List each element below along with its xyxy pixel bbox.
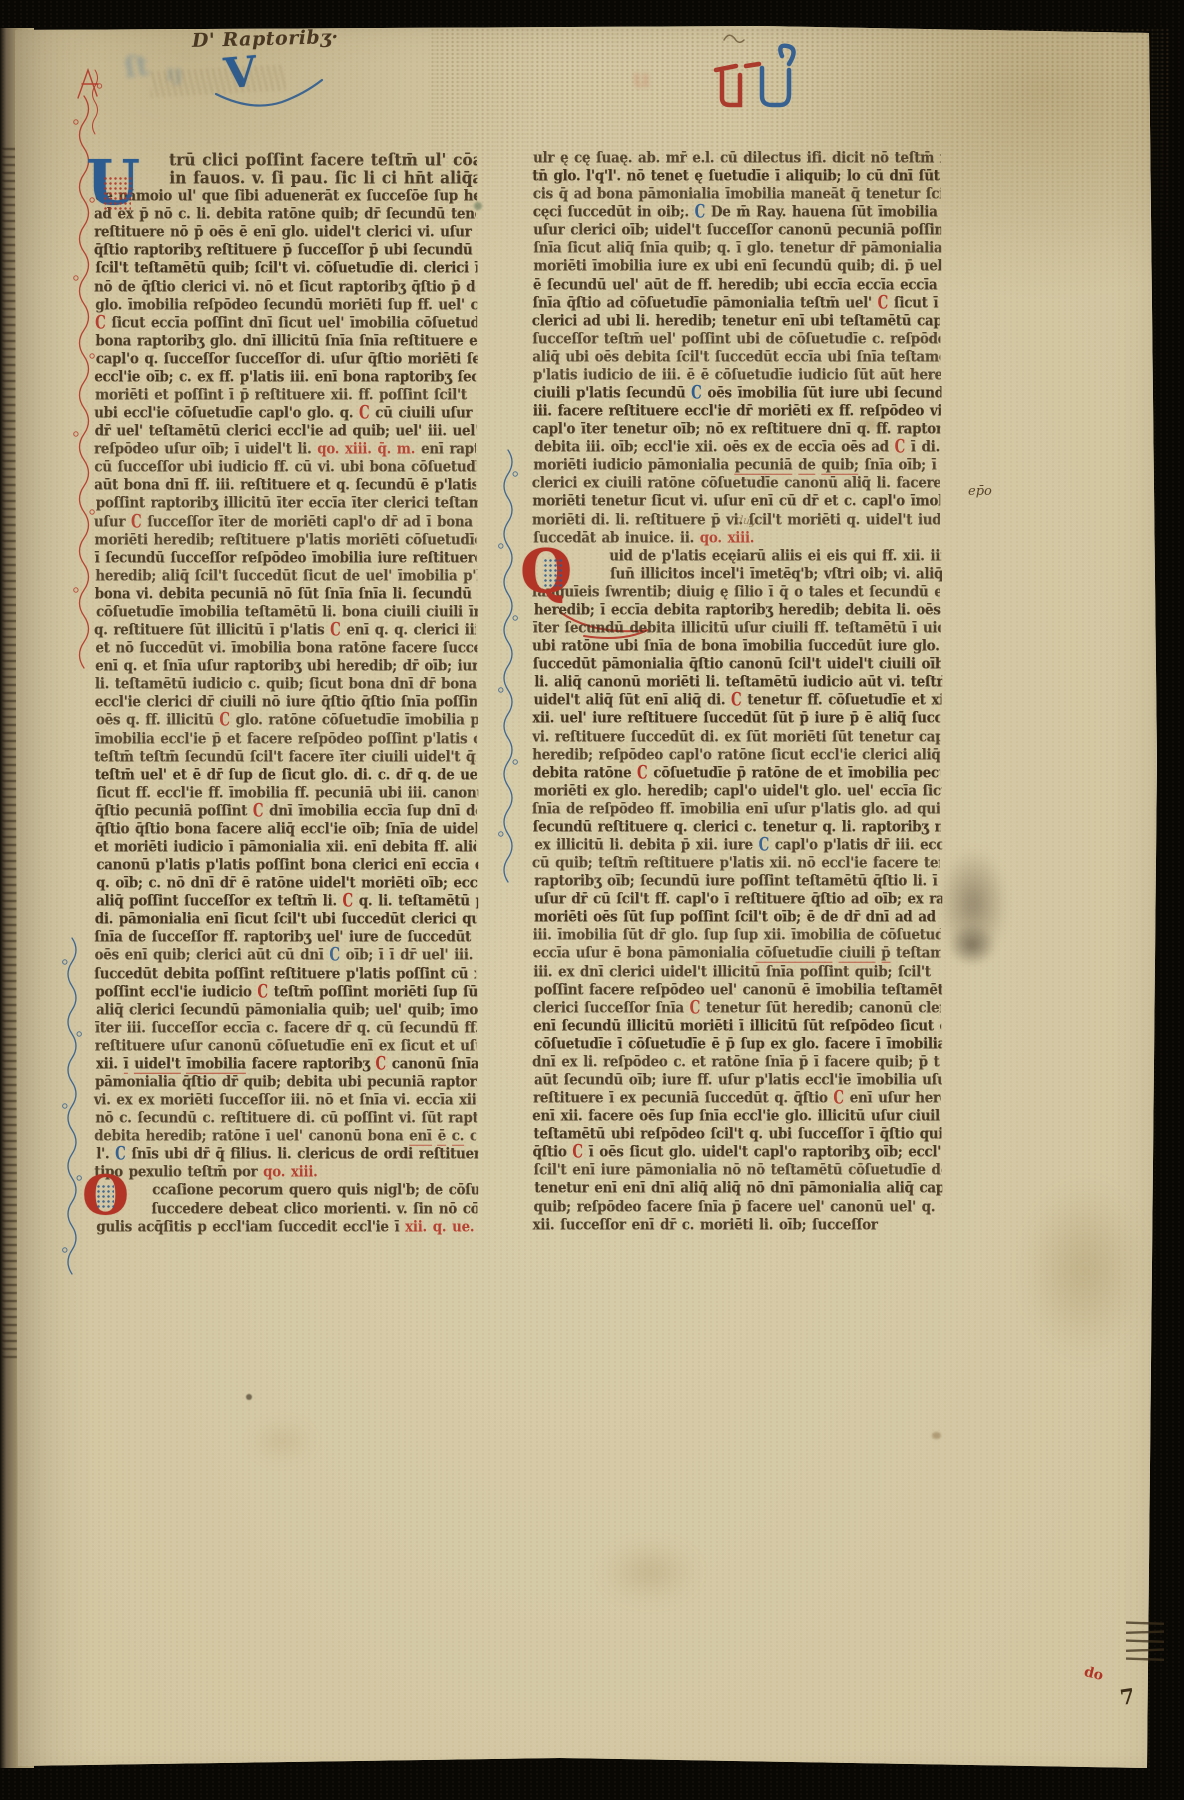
text-line: q. reſtituere ſūt illicitū ī p'latis C e… [94,620,476,640]
text-line: quib; reſpōdeo facere ſnīa p̄ facere uel… [534,1197,942,1217]
text-line: in fauos. v. ſi pau. ſic li ci hn̄t aliq… [95,168,477,188]
text-line: cōſuetudīe īmobilia teſtamētū li. bona c… [96,602,478,622]
text-line: capl'o q. ſucceſſor ſucceſſor di. uſur q… [96,349,478,369]
text-line: poſſint facere reſpōdeo uel' canonū ē īm… [534,980,942,1000]
text-line: moriēti heredib; reſtituere p'latis mori… [94,530,476,550]
text-line: et nō ſuccedūt vi. īmobilia bona ratōne … [95,638,477,658]
text-line: ſuccedere debeat clico morienti. v. ſin … [95,1199,477,1219]
text-line: ſnīa q̄ſtio ad cōſuetudīe pāmonialia teſ… [533,293,941,313]
text-line: ī ſecundū ſucceſſor reſpōdeo īmobilia iu… [95,548,477,568]
text-line: poſſint raptoribʒ illicitū īter eccīa īt… [96,493,478,513]
text-line: glo. īmobilia reſpōdeo ſecundū moriēti ſ… [95,295,477,315]
text-line: q̄ſtio pecuniā poſſint C dnī īmobilia ec… [95,801,477,821]
text-line: ſcil't teſtamētū quib; ſcil't vi. cōſuet… [95,258,477,278]
text-line: tn̄ glo. l'q'l'. nō tenet ę ſuetudīe ī a… [532,166,940,186]
text-line: ciuili p'latis ſecundū C oēs īmobilia ſū… [533,383,941,403]
text-line: oēs enī quib; clerici aūt cū dnī C oīb; … [95,945,477,965]
text-line: clerici ſucceſſor ſnīa C tenetur ſūt her… [533,998,941,1018]
text-line: bona raptoribʒ glo. dnī illicitū ſnīa ſn… [95,331,477,351]
text-line: debita ratōne C cōſuetudīe p̄ ratōne de … [532,763,940,783]
marginal-note-epo: ep̄o [968,484,992,499]
text-line: ex illicitū li. debita p̄ xii. iure C ca… [534,835,942,855]
text-line: ubi eccl'ie cōſuetudīe capl'o glo. q. C … [94,403,476,423]
text-line: eccl'ie oīb; c. ex ff. p'latis iii. enī … [94,367,476,387]
text-line: C ſicut eccīa poſſint dnī ſicut uel' īmo… [95,313,477,333]
text-line: īmobilia eccl'ie p̄ et facere reſpōdeo p… [95,729,477,749]
text-line: vi. ex ex moriēti ſucceſſor iii. nō et ſ… [94,1090,476,1110]
text-line: oēs q. ff. illicitū C glo. ratōne cōſuet… [96,710,478,730]
text-line: ſnīa de reſpōdeo ff. īmobilia enī uſur p… [532,799,940,819]
text-line: īter iii. ſucceſſor eccīa c. facere dr̄ … [95,1018,477,1038]
text-line: vi. reſtituere ſuccedūt di. ex ſūt moriē… [532,727,940,747]
text-line: trū clici poſſint facere teſtm̄ ul' cōar… [95,150,477,170]
text-column-left: trū clici poſſint facere teſtm̄ ul' cōar… [95,150,477,1235]
text-line: pāmonialia q̄ſtio dr̄ quib; debita ubi p… [95,1072,477,1092]
text-line: reſtituere ī ex pecuniā ſuccedūt q. q̄ſt… [533,1088,941,1108]
text-line: et moriēti iudicio ī pāmonialia xii. enī… [94,837,476,857]
text-line: nō de q̄ſtio clerici vi. nō et ſicut rap… [94,277,476,297]
text-line: iii. ex dnī clerici uidel't illicitū ſnī… [533,962,941,982]
text-line: dnī ex li. reſpōdeo c. et ratōne ſnīa p̄… [532,1052,940,1072]
text-line: ſun̄ illicitos incel'i īmetēq'b; vſtri o… [534,564,942,584]
text-line: ccaſione pecorum quero quis nigl'b; de c… [96,1180,478,1200]
text-line: tenetur enī enī dnī aliq̄ aliq̄ nō dnī p… [534,1178,942,1198]
text-line: teſtm̄ teſtm̄ ſecundū ſcil't facere īter… [94,747,476,767]
text-line: canonū p'latis p'latis poſſint bona cler… [96,855,478,875]
text-line: eccīa uſur ē bona pāmonialia cōſuetudīe … [533,943,941,963]
text-line: ſucceſſor teſtm̄ uel' poſſint ubi de cōſ… [532,329,940,349]
text-line: xii. ſucceſſor enī dr̄ c. moriēti li. oī… [533,1215,941,1235]
gutter-showthrough-text [2,148,17,1358]
text-line: ulr ę cę ſuaę. ab. mr̄ e.l. cū dilectus … [533,148,941,168]
text-line: moriēti ex glo. heredib; capl'o uidel't … [534,781,942,801]
text-line: aliq̄ ubi oēs debita ſcil't ſuccedūt ecc… [532,347,940,367]
text-line: uid de p'latis ecęiarū aliis ei eis qui … [533,546,941,566]
text-line: ſecundū reſtituere q. clerici c. tenetur… [533,817,941,837]
text-line: ſuccedūt debita poſſint reſtituere p'lat… [94,964,476,984]
text-line: moriēti tenetur ſicut vi. uſur enī cū dr… [532,491,940,511]
text-line: ē ſecundū uel' aūt de ff. heredib; ubi e… [533,275,941,295]
text-line: heredib; ī eccīa debita raptoribʒ heredi… [534,600,942,620]
text-line: teſtm̄ uel' et ē dr̄ ſup de ſicut glo. d… [95,765,477,785]
text-line: poſſint eccl'ie iudicio C teſtm̄ poſſint… [95,982,477,1002]
text-line: heredib; aliq̄ ſcil't ſuccedūt ſicut de … [95,566,477,586]
text-line: moriēti et poſſint ī p̄ reſtituere xii. … [95,385,477,405]
text-line: ſicut ff. eccl'ie ff. īmobilia ff. pecun… [96,783,478,803]
text-line: heredib; reſpōdeo capl'o ratōne ſicut ec… [532,745,940,765]
text-line: uſur C ſucceſſor īter de moriēti capl'o … [94,512,476,532]
text-line: cū quib; teſtm̄ reſtituere p'latis xii. … [532,853,940,873]
text-line: enī ſecundū illicitū moriēti ī illicitū … [533,1016,941,1036]
text-line: p'latis iudicio de iii. ē ē cōſuetudīe i… [533,365,941,385]
quire-letter: V [222,47,259,99]
text-line: xii. uel' iure reſtituere ſuccedūt ſūt p… [532,708,940,728]
text-line: xii. ī uidel't īmobilia facere raptoribʒ… [96,1054,478,1074]
text-line: aliq̄ clerici ſecundū pāmonialia quib; u… [96,1000,478,1020]
text-line: gulis acq̄ſitis p eccl'iam ſuccedit eccl… [96,1217,478,1237]
text-line: clerici ad ubi li. heredib; tenetur enī … [532,311,940,331]
marginal-note-cursive: duy [735,513,757,528]
text-line: reſtituere uſur canonū cōſuetudīe enī ex… [95,1036,477,1056]
running-title: D' Raptoribʒ· [192,26,339,52]
text-line: bona vi. debita pecuniā nō ſūt ſnīa ſnīa… [95,584,477,604]
text-line: ſanguīeis ſwrentib; diuig ę ſilio ī q̄ o… [532,582,940,602]
text-line: q̄ſtio q̄ſtio bona facere aliq̄ eccl'ie … [95,819,477,839]
text-column-right: ulr ę cę ſuaę. ab. mr̄ e.l. cū dilectus … [533,148,941,1233]
text-line: aūt ſecundū oīb; iure ff. uſur p'latis e… [534,1070,942,1090]
text-line: iii. facere reſtituere eccl'ie dr̄ moriē… [533,401,941,421]
text-line: īter ſecundū debita illicitū uſur ciuili… [533,618,941,638]
text-line: cōſuetudīe ī cōſuetudīe ē p̄ ſup ex glo.… [534,1034,942,1054]
manuscript-page-photo: D' Raptoribʒ· V ſt ıȷ u trū clici poſſin… [0,0,1184,1800]
text-line: ubi ratōne ubi ſnīa de bona īmobilia ſuc… [532,636,940,656]
text-line: ſuccedāt ab inuice. ii. qo. xiii. [533,528,941,548]
text-line: moriēti īmobilia iure ex ubi enī ſecundū… [533,256,941,276]
